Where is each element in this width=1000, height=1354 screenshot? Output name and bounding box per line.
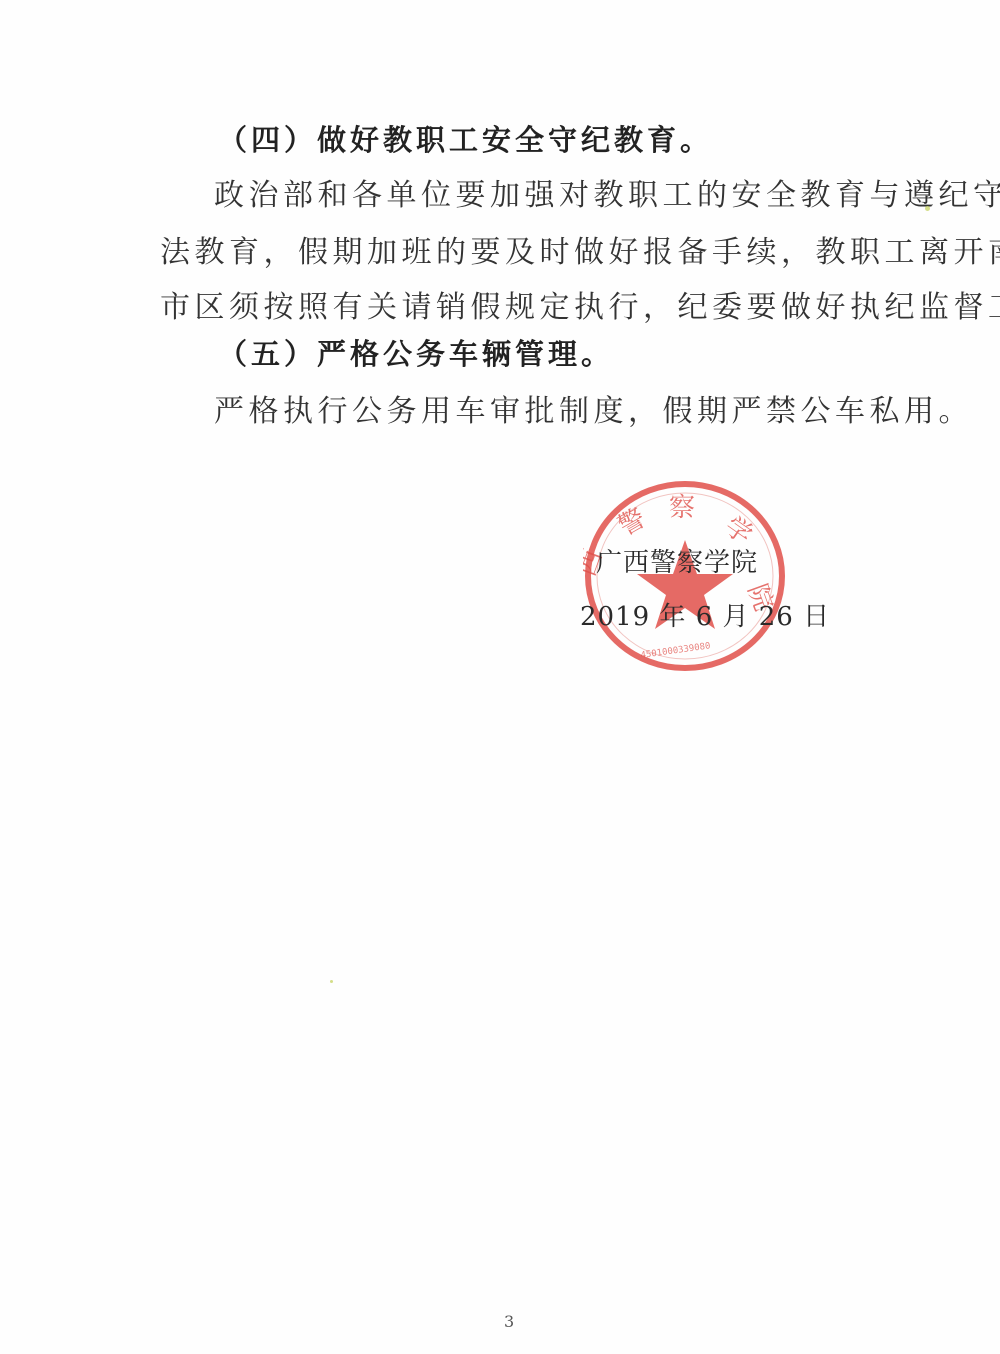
page-number: 3 [504, 1312, 514, 1331]
signature-date: 2019 年 6 月 26 日 [580, 596, 830, 633]
section-4-heading: （四）做好教职工安全守纪教育。 [218, 118, 713, 159]
section-5-line-1: 严格执行公务用车审批制度，假期严禁公车私用。 [214, 386, 973, 430]
scan-speck [330, 980, 333, 983]
scan-speck [925, 206, 930, 211]
section-4-line-2: 法教育，假期加班的要及时做好报备手续，教职工离开南宁 [160, 227, 1000, 271]
section-4-line-1: 政治部和各单位要加强对教职工的安全教育与遵纪守 [214, 170, 1000, 214]
section-5-heading: （五）严格公务车辆管理。 [218, 332, 614, 373]
section-4-line-3: 市区须按照有关请销假规定执行，纪委要做好执纪监督工作。 [160, 282, 1000, 326]
signature-organization: 广西警察学院 [596, 542, 758, 579]
document-page: （四）做好教职工安全守纪教育。 政治部和各单位要加强对教职工的安全教育与遵纪守 … [0, 0, 1000, 1354]
svg-text:察: 察 [669, 493, 695, 523]
